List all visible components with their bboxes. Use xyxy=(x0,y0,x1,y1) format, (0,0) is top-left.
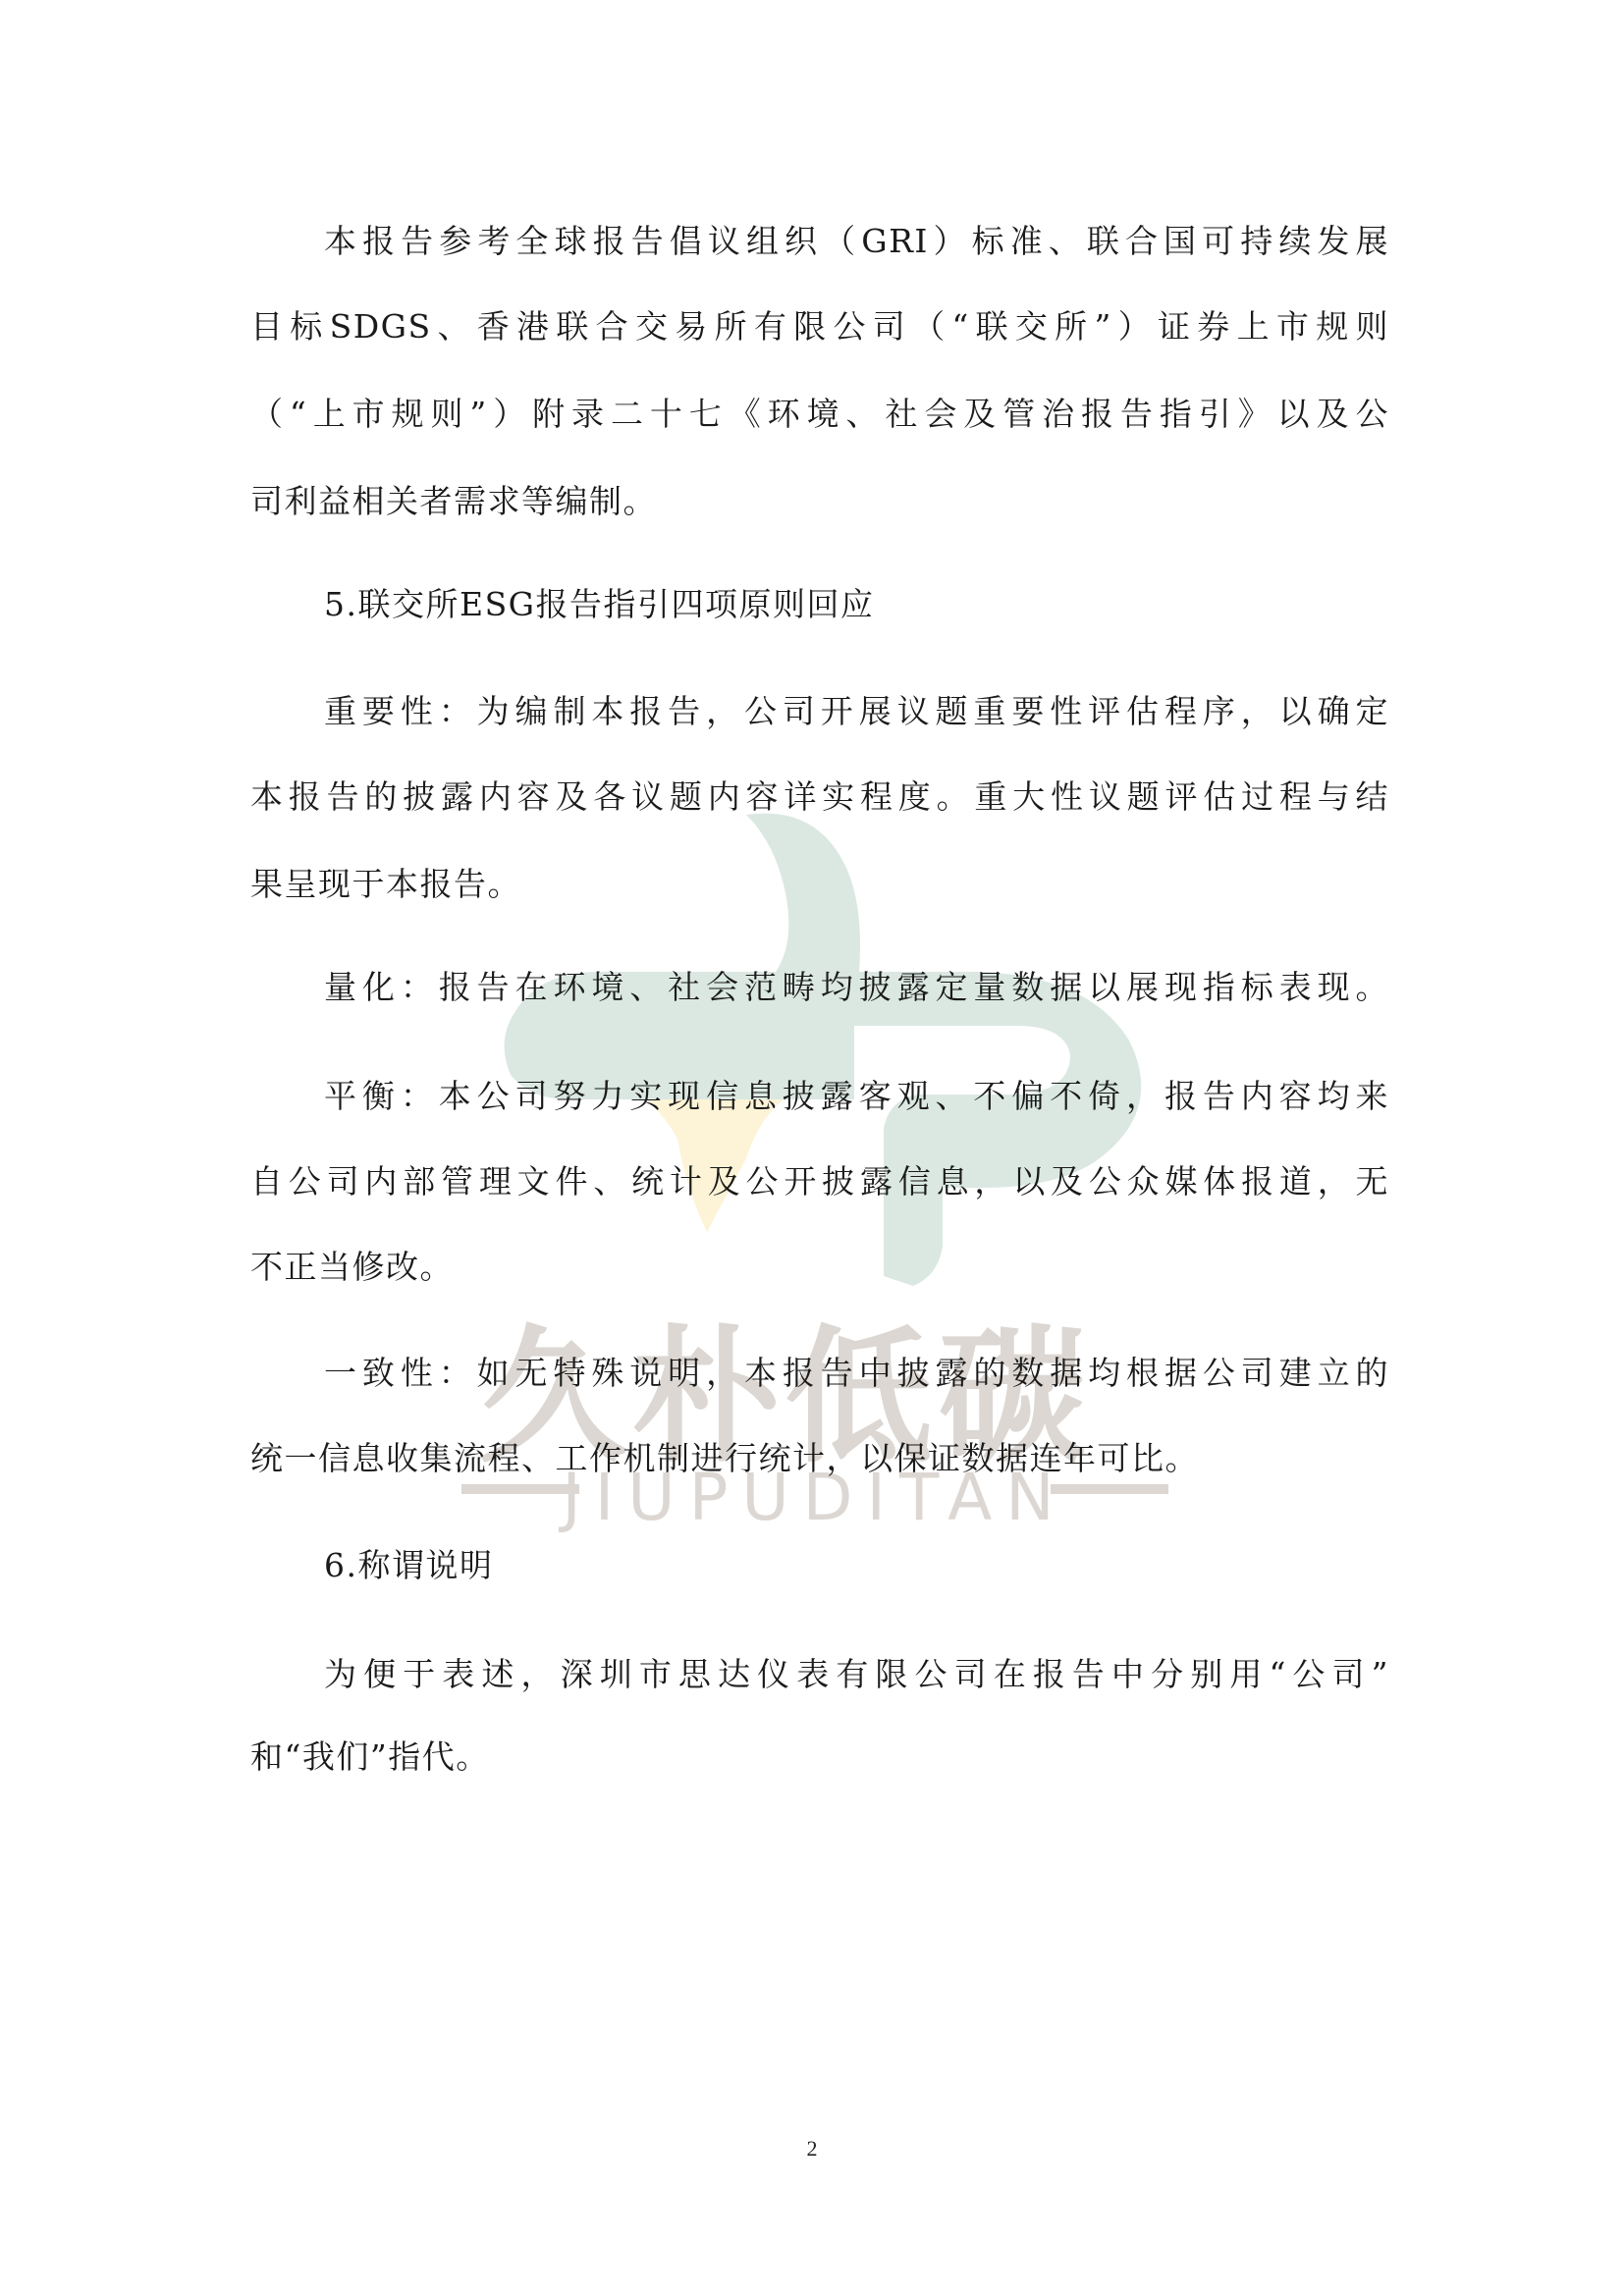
page-number: 2 xyxy=(0,2136,1624,2162)
paragraph-balance-line: 不正当修改。 xyxy=(250,1248,1389,1287)
paragraph-materiality-line: 重要性：为编制本报告，公司开展议题重要性评估程序，以确定 xyxy=(324,692,1389,731)
paragraph-consistency-line: 统一信息收集流程、工作机制进行统计，以保证数据连年可比。 xyxy=(250,1439,1389,1478)
paragraph-naming-line: 和“我们”指代。 xyxy=(250,1737,1389,1777)
paragraph-naming-line: 为便于表述，深圳市思达仪表有限公司在报告中分别用“公司” xyxy=(324,1655,1389,1694)
section-heading-5: 5.联交所ESG报告指引四项原则回应 xyxy=(324,585,1389,624)
section-heading-6: 6.称谓说明 xyxy=(324,1546,1389,1585)
paragraph-standards-line: （“上市规则”）附录二十七《环境、社会及管治报告指引》以及公 xyxy=(250,395,1389,434)
paragraph-materiality-line: 果呈现于本报告。 xyxy=(250,865,1389,904)
paragraph-balance-line: 自公司内部管理文件、统计及公开披露信息，以及公众媒体报道，无 xyxy=(250,1162,1389,1201)
paragraph-consistency-line: 一致性：如无特殊说明，本报告中披露的数据均根据公司建立的 xyxy=(324,1354,1389,1393)
paragraph-standards-line: 本报告参考全球报告倡议组织（GRI）标准、联合国可持续发展 xyxy=(324,222,1389,261)
paragraph-standards-line: 司利益相关者需求等编制。 xyxy=(250,482,1389,521)
paragraph-standards-line: 目标SDGS、香港联合交易所有限公司（“联交所”）证券上市规则 xyxy=(250,307,1389,347)
paragraph-quantitative-line: 量化：报告在环境、社会范畴均披露定量数据以展现指标表现。 xyxy=(324,968,1389,1007)
paragraph-materiality-line: 本报告的披露内容及各议题内容详实程度。重大性议题评估过程与结 xyxy=(250,777,1389,817)
paragraph-balance-line: 平衡：本公司努力实现信息披露客观、不偏不倚，报告内容均来 xyxy=(324,1077,1389,1116)
document-page: 久朴低碳 JIUPUDITAN 本报告参考全球报告倡议组织（GRI）标准、联合国… xyxy=(0,0,1624,2296)
